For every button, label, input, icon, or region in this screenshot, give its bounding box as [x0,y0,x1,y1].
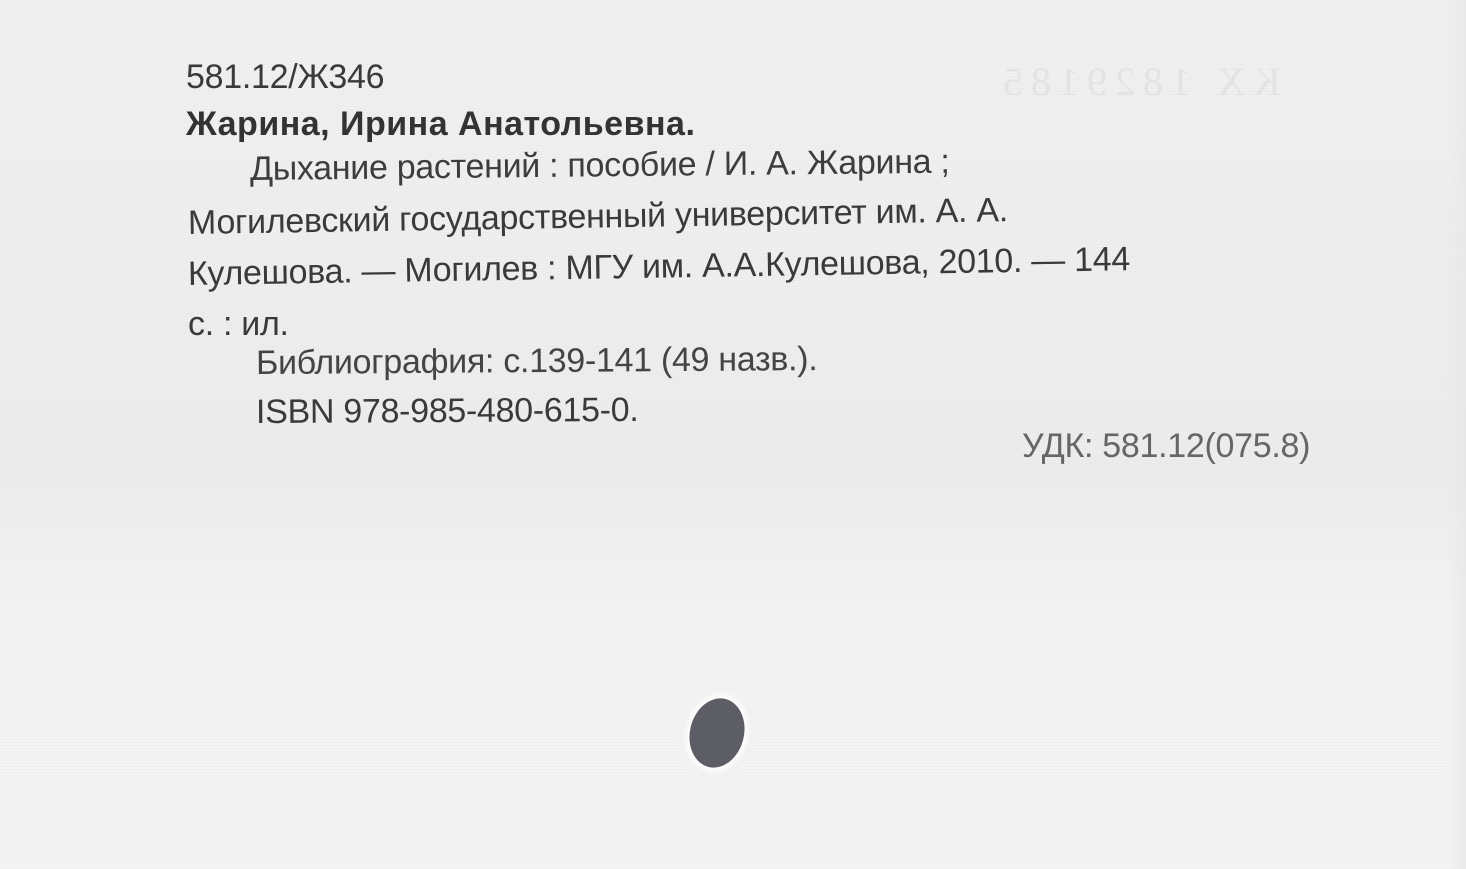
author-heading: Жарина, Ирина Анатольевна. [186,105,695,144]
catalog-card: КХ 1829185 581.12/Ж346 Жарина, Ирина Ана… [0,0,1466,869]
bibliography-note: Библиография: с.139-141 (49 назв.). [256,340,818,383]
bleed-through-text: КХ 1829185 [995,58,1281,105]
title-line-2: Могилевский государственный университет … [188,191,1008,243]
punch-hole [682,693,751,774]
card-edge [1446,0,1466,869]
call-number: 581.12/Ж346 [186,58,384,97]
isbn: ISBN 978-985-480-615-0. [256,391,639,432]
title-line-3: Кулешова. — Могилев : МГУ им. А.А.Кулешо… [188,240,1131,294]
title-line-4: с. : ил. [188,305,289,344]
title-line-1: Дыхание растений : пособие / И. А. Жарин… [250,143,950,189]
udk-code: УДК: 581.12(075.8) [1022,427,1310,466]
